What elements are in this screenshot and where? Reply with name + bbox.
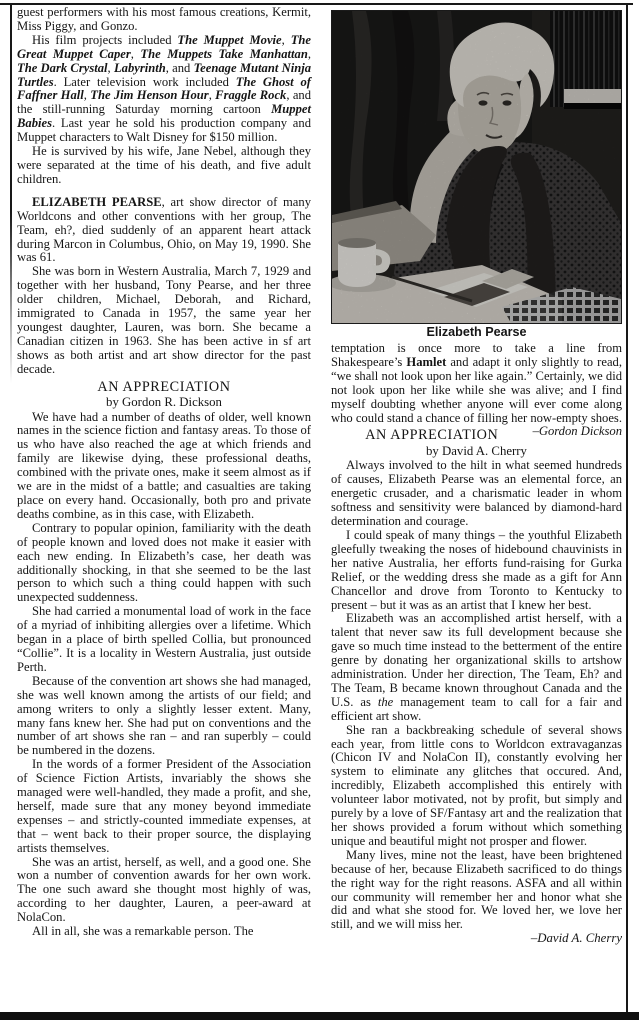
scanned-page: guest performers with his most famous cr… xyxy=(0,0,639,1024)
paragraph: She had carried a monumental load of wor… xyxy=(17,605,311,675)
right-column-text: temptation is once more to take a line f… xyxy=(331,342,622,946)
paragraph: His film projects included The Muppet Mo… xyxy=(17,34,311,145)
paragraph: All in all, she was a remarkable person.… xyxy=(17,925,311,939)
paragraph: She ran a backbreaking schedule of sever… xyxy=(331,724,622,849)
paragraph: Many lives, mine not the least, have bee… xyxy=(331,849,622,932)
paragraph: Contrary to popular opinion, familiarity… xyxy=(17,522,311,605)
byline: by Gordon R. Dickson xyxy=(17,395,311,410)
paragraph: temptation is once more to take a line f… xyxy=(331,342,622,425)
paragraph: She was an artist, herself, as well, and… xyxy=(17,856,311,926)
paragraph: In the words of a former President of th… xyxy=(17,758,311,855)
photo-caption: Elizabeth Pearse xyxy=(331,325,622,340)
paragraph: I could speak of many things – the youth… xyxy=(331,529,622,612)
paragraph: She was born in Western Australia, March… xyxy=(17,265,311,376)
byline: by David A. Cherry xyxy=(331,444,622,459)
paragraph: Elizabeth was an accomplished artist her… xyxy=(331,612,622,723)
portrait-photo xyxy=(331,10,622,324)
left-column: guest performers with his most famous cr… xyxy=(17,6,311,939)
right-column: Elizabeth Pearse temptation is once more… xyxy=(331,6,622,946)
page-border-bottom xyxy=(0,1012,639,1020)
paragraph: guest performers with his most famous cr… xyxy=(17,6,311,34)
signature: –David A. Cherry xyxy=(331,932,622,946)
paragraph: ELIZABETH PEARSE, art show director of m… xyxy=(17,196,311,266)
page-border-right xyxy=(626,3,628,1017)
paragraph: We have had a number of deaths of older,… xyxy=(17,411,311,522)
section-heading: AN APPRECIATION xyxy=(17,380,311,396)
paragraph: Because of the convention art shows she … xyxy=(17,675,311,758)
elizabeth-pearse-photo xyxy=(331,10,622,324)
paragraph: He is survived by his wife, Jane Nebel, … xyxy=(17,145,311,187)
page-border-left xyxy=(10,3,12,383)
paragraph: Always involved to the hilt in what seem… xyxy=(331,459,622,529)
